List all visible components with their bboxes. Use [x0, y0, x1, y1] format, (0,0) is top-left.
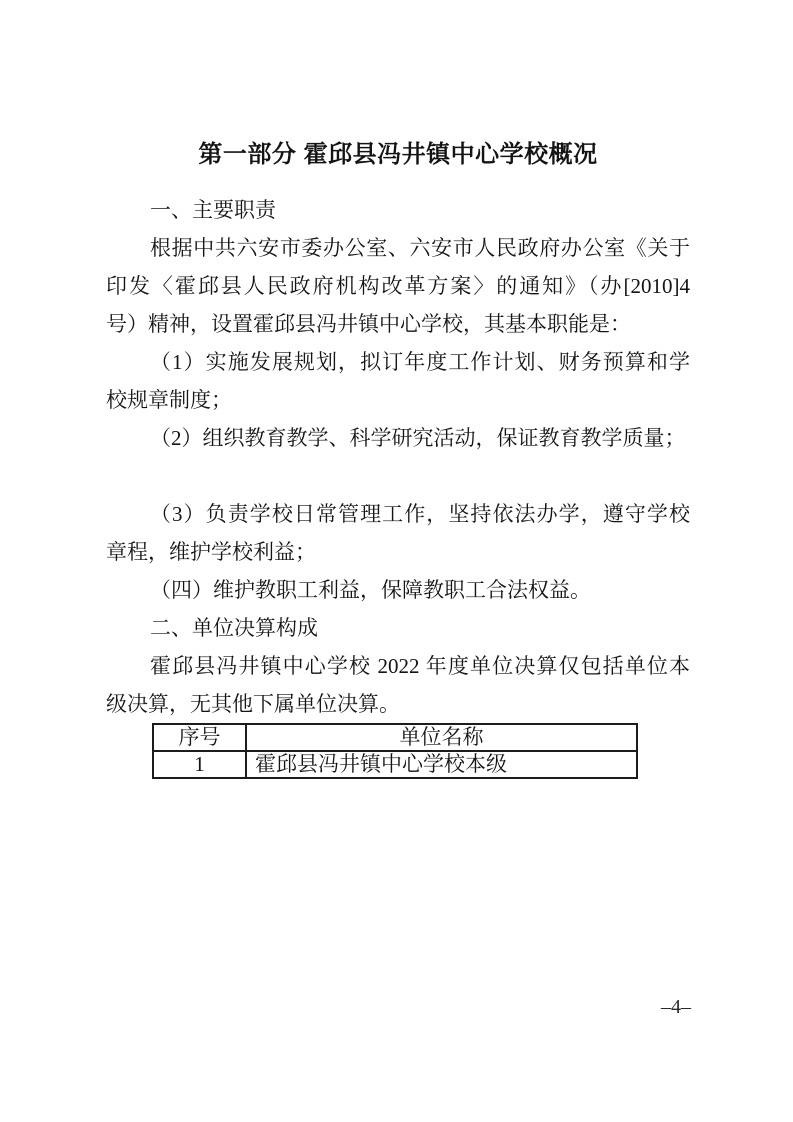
document-content: 第一部分 霍邱县冯井镇中心学校概况 一、主要职责 根据中共六安市委办公室、六安市… [106, 0, 690, 779]
paragraph-1-line-3: 号）精神，设置霍邱县冯井镇中心学校，其基本职能是： [106, 305, 690, 343]
document-title: 第一部分 霍邱县冯井镇中心学校概况 [106, 139, 690, 171]
blank-line [106, 457, 690, 495]
page-number: –4– [656, 995, 696, 1019]
table-header-seq: 序号 [153, 724, 246, 751]
duty-item-4: （四）维护教职工利益，保障教职工合法权益。 [106, 571, 690, 609]
document-body: 一、主要职责 根据中共六安市委办公室、六安市人民政府办公室《关于 印发〈霍邱县人… [106, 191, 690, 723]
document-page: 第一部分 霍邱县冯井镇中心学校概况 一、主要职责 根据中共六安市委办公室、六安市… [0, 0, 793, 1122]
section-heading-2: 二、单位决算构成 [106, 609, 690, 647]
duty-item-1-line-2: 校规章制度； [106, 381, 690, 419]
table-header-unit-name: 单位名称 [246, 724, 637, 751]
section-heading-1: 一、主要职责 [106, 191, 690, 229]
table-cell-unit-name: 霍邱县冯井镇中心学校本级 [246, 751, 637, 778]
table-row: 1 霍邱县冯井镇中心学校本级 [153, 751, 637, 778]
units-table-header-row: 序号 单位名称 [153, 724, 637, 751]
paragraph-2-line-1: 霍邱县冯井镇中心学校 2022 年度单位决算仅包括单位本 [106, 647, 690, 685]
units-table: 序号 单位名称 1 霍邱县冯井镇中心学校本级 [152, 723, 638, 779]
duty-item-3-line-2: 章程，维护学校利益； [106, 533, 690, 571]
table-cell-seq: 1 [153, 751, 246, 778]
duty-item-2: （2）组织教育教学、科学研究活动，保证教育教学质量； [106, 419, 690, 457]
duty-item-3-line-1: （3）负责学校日常管理工作，坚持依法办学，遵守学校 [106, 495, 690, 533]
duty-item-1-line-1: （1）实施发展规划，拟订年度工作计划、财务预算和学 [106, 343, 690, 381]
paragraph-1-line-2: 印发〈霍邱县人民政府机构改革方案〉的通知》（办[2010]4 [106, 267, 690, 305]
paragraph-2-line-2: 级决算，无其他下属单位决算。 [106, 685, 690, 723]
paragraph-1-line-1: 根据中共六安市委办公室、六安市人民政府办公室《关于 [106, 229, 690, 267]
